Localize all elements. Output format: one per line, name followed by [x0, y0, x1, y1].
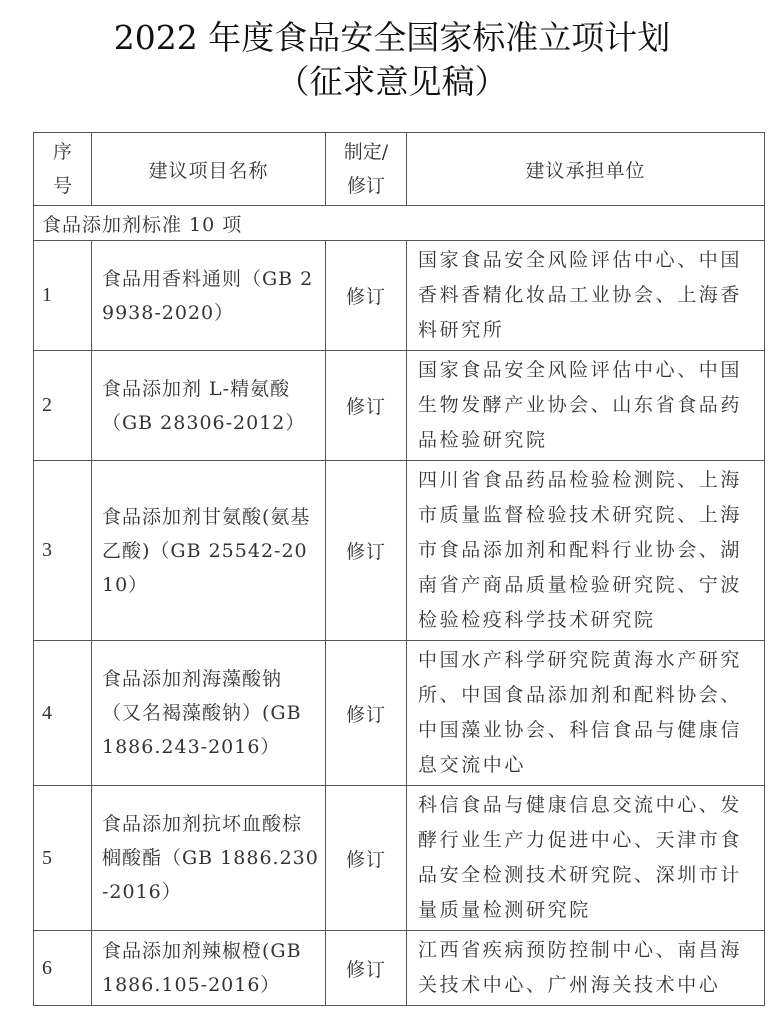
- table-row: 5 食品添加剂抗坏血酸棕榈酸酯（GB 1886.230-2016） 修订 科信食…: [34, 786, 765, 931]
- row-number: 1: [34, 241, 92, 351]
- table-row: 4 食品添加剂海藻酸钠（又名褐藻酸钠）(GB 1886.243-2016） 修订…: [34, 641, 765, 786]
- revision-type: 修订: [326, 786, 407, 931]
- column-header-type-line1: 制定/: [326, 135, 406, 169]
- project-name: 食品添加剂海藻酸钠（又名褐藻酸钠）(GB 1886.243-2016）: [92, 641, 326, 786]
- responsible-unit: 四川省食品药品检验检测院、上海市质量监督检验技术研究院、上海市食品添加剂和配料行…: [407, 461, 765, 641]
- column-header-type-line2: 修订: [326, 169, 406, 203]
- table-row: 3 食品添加剂甘氨酸(氨基乙酸)（GB 25542-2010） 修订 四川省食品…: [34, 461, 765, 641]
- responsible-unit: 中国水产科学研究院黄海水产研究所、中国食品添加剂和配料协会、中国藻业协会、科信食…: [407, 641, 765, 786]
- project-name: 食品添加剂抗坏血酸棕榈酸酯（GB 1886.230-2016）: [92, 786, 326, 931]
- row-number: 2: [34, 351, 92, 461]
- column-header-number-line1: 序: [34, 135, 91, 169]
- responsible-unit: 国家食品安全风险评估中心、中国生物发酵产业协会、山东省食品药品检验研究院: [407, 351, 765, 461]
- section-row: 食品添加剂标准 10 项: [34, 206, 765, 241]
- table-row: 6 食品添加剂辣椒橙(GB 1886.105-2016） 修订 江西省疾病预防控…: [34, 931, 765, 1006]
- revision-type: 修订: [326, 931, 407, 1006]
- revision-type: 修订: [326, 351, 407, 461]
- revision-type: 修订: [326, 241, 407, 351]
- column-header-project-name: 建议项目名称: [92, 133, 326, 206]
- responsible-unit: 江西省疾病预防控制中心、南昌海关技术中心、广州海关技术中心: [407, 931, 765, 1006]
- row-number: 5: [34, 786, 92, 931]
- row-number: 6: [34, 931, 92, 1006]
- responsible-unit: 国家食品安全风险评估中心、中国香料香精化妆品工业协会、上海香料研究所: [407, 241, 765, 351]
- section-label: 食品添加剂标准 10 项: [34, 206, 765, 241]
- column-header-responsible-unit: 建议承担单位: [407, 133, 765, 206]
- revision-type: 修订: [326, 641, 407, 786]
- responsible-unit: 科信食品与健康信息交流中心、发酵行业生产力促进中心、天津市食品安全检测技术研究院…: [407, 786, 765, 931]
- table-row: 2 食品添加剂 L-精氨酸（GB 28306-2012） 修订 国家食品安全风险…: [34, 351, 765, 461]
- project-name: 食品添加剂甘氨酸(氨基乙酸)（GB 25542-2010）: [92, 461, 326, 641]
- revision-type: 修订: [326, 461, 407, 641]
- project-name: 食品用香料通则（GB 29938-2020）: [92, 241, 326, 351]
- standards-plan-table: 序 号 建议项目名称 制定/ 修订 建议承担单位 食品添加剂标准 10 项 1 …: [33, 132, 765, 1006]
- row-number: 4: [34, 641, 92, 786]
- project-name: 食品添加剂辣椒橙(GB 1886.105-2016）: [92, 931, 326, 1006]
- project-name: 食品添加剂 L-精氨酸（GB 28306-2012）: [92, 351, 326, 461]
- document-subtitle: （征求意见稿）: [0, 56, 784, 103]
- table-row: 1 食品用香料通则（GB 29938-2020） 修订 国家食品安全风险评估中心…: [34, 241, 765, 351]
- column-header-number-line2: 号: [34, 169, 91, 203]
- column-header-type: 制定/ 修订: [326, 133, 407, 206]
- table-header-row: 序 号 建议项目名称 制定/ 修订 建议承担单位: [34, 133, 765, 206]
- document-title: 2022 年度食品安全国家标准立项计划: [0, 12, 784, 59]
- column-header-number: 序 号: [34, 133, 92, 206]
- row-number: 3: [34, 461, 92, 641]
